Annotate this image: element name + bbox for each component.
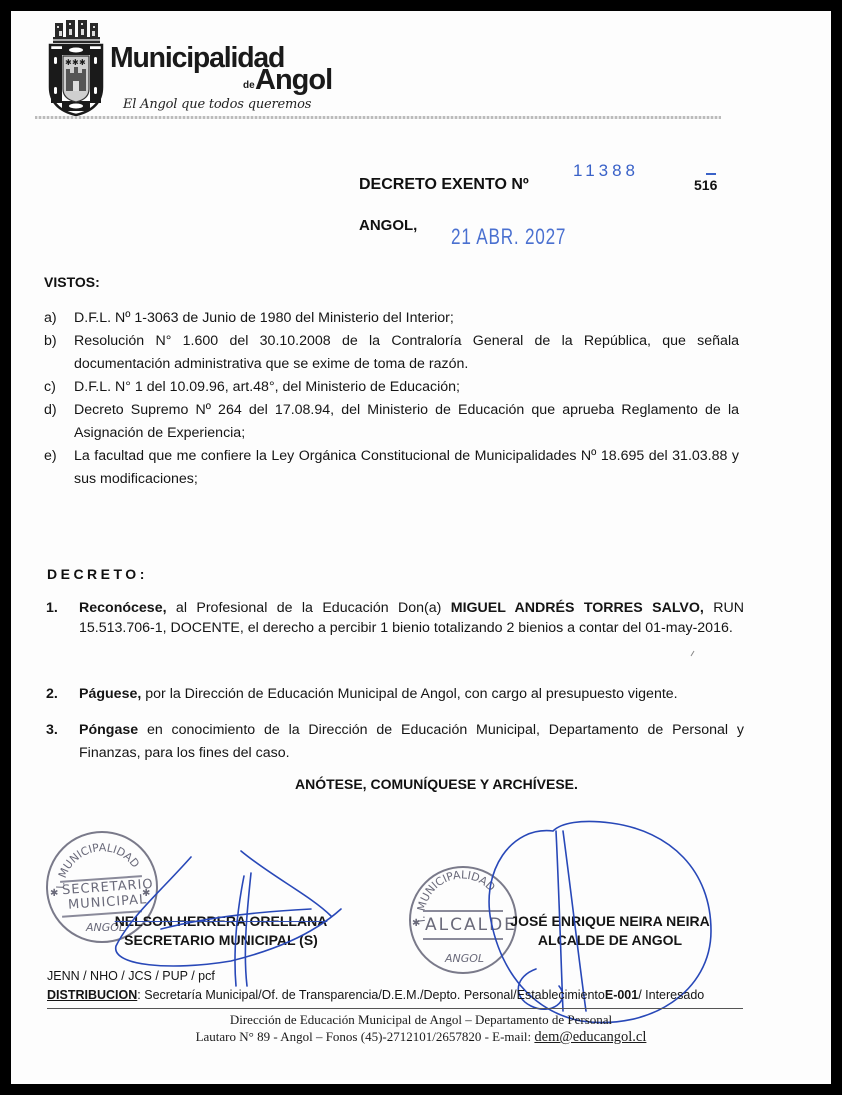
establishment-code: E-001 [605, 988, 638, 1002]
footer-address: Lautaro N° 89 - Angol – Fonos (45)-27121… [196, 1029, 535, 1044]
item-text: D.F.L. N° 1 del 10.09.96, art.48°, del M… [74, 379, 460, 395]
seal-middle-text: ALCALDE [425, 915, 517, 935]
mayor-seal: I. MUNICIPALIDAD ALCALDE ✱ ANGOL [409, 866, 517, 974]
decreto-item-2: 2. Páguese, por la Dirección de Educació… [79, 683, 769, 706]
initials-line: JENN / NHO / JCS / PUP / pcf [47, 969, 215, 983]
item-text: por la Dirección de Educación Municipal … [141, 686, 677, 702]
footer-department: Dirección de Educación Municipal de Ango… [11, 1012, 831, 1028]
seal-star-icon: ✱ [50, 888, 58, 899]
item-label: e) [44, 445, 57, 468]
vistos-heading: VISTOS: [44, 274, 100, 290]
handwritten-number: 516 [694, 177, 717, 193]
item-label: c) [44, 376, 56, 399]
distribution-line: DISTRIBUCION: Secretaría Municipal/Of. d… [47, 988, 704, 1002]
decreto-item-3: 3. Póngase en conocimiento de la Direcci… [79, 719, 744, 764]
decree-title-label: DECRETO EXENTO Nº [359, 176, 529, 194]
svg-text:✱: ✱ [79, 58, 86, 67]
item-text: Decreto Supremo Nº 264 del 17.08.94, del… [74, 402, 739, 441]
footer-contact: Lautaro N° 89 - Angol – Fonos (45)-27121… [11, 1029, 831, 1046]
brand-de: de [243, 80, 255, 91]
vistos-item-c: c) D.F.L. N° 1 del 10.09.96, art.48°, de… [74, 376, 739, 399]
closing-formula: ANÓTESE, COMUNÍQUESE Y ARCHÍVESE. [295, 776, 578, 792]
vistos-item-b: b) Resolución N° 1.600 del 30.10.2008 de… [74, 330, 739, 375]
distribution-label: DISTRIBUCION [47, 988, 137, 1002]
item-text: D.F.L. Nº 1-3063 de Junio de 1980 del Mi… [74, 310, 454, 326]
vistos-item-d: d) Decreto Supremo Nº 264 del 17.08.94, … [74, 399, 739, 444]
item-text: al Profesional de la Educación Don(a) [167, 600, 451, 616]
item-lead: Póngase [79, 722, 138, 738]
item-label: a) [44, 307, 57, 330]
item-text: La facultad que me confiere la Ley Orgán… [74, 448, 739, 487]
mayor-title: ALCALDE DE ANGOL [505, 932, 715, 948]
seal-star-icon: ✱ [412, 918, 420, 929]
seal-star-icon: ✱ [142, 888, 150, 899]
secretary-name: NELSON HERRERA ORELLANA [111, 913, 331, 929]
item-lead: Páguese, [79, 686, 141, 702]
item-lead: Reconócese, [79, 600, 167, 616]
brand-slogan: El Angol que todos queremos [123, 97, 311, 112]
footer-divider [47, 1008, 743, 1009]
decreto-item-1: 1. Reconócese, al Profesional de la Educ… [79, 598, 744, 638]
seal-bottom-text: ANGOL [445, 952, 484, 965]
item-text: en conocimiento de la Dirección de Educa… [79, 722, 744, 761]
decreto-heading: DECRETO: [47, 566, 148, 582]
municipal-coat-of-arms-icon: ✱✱✱ [47, 17, 105, 117]
item-label: 3. [46, 719, 58, 742]
stamped-decree-number: 11388 [573, 161, 639, 181]
stamped-date: 21 ABR. 2027 [451, 224, 566, 250]
email-link[interactable]: dem@educangol.cl [534, 1029, 646, 1045]
item-label: b) [44, 330, 57, 353]
secretary-title: SECRETARIO MUNICIPAL (S) [111, 932, 331, 948]
vistos-item-a: a) D.F.L. Nº 1-3063 de Junio de 1980 del… [74, 307, 739, 330]
distribution-text: / Interesado [638, 988, 704, 1002]
vistos-item-e: e) La facultad que me confiere la Ley Or… [74, 445, 739, 490]
mayor-name: JOSÉ ENRIQUE NEIRA NEIRA [505, 913, 715, 929]
header-divider [35, 116, 721, 119]
item-text: Resolución N° 1.600 del 30.10.2008 de la… [74, 333, 739, 372]
svg-text:✱: ✱ [65, 58, 72, 67]
item-label: 2. [46, 683, 58, 706]
item-label: 1. [46, 598, 58, 618]
document-page: ✱✱✱ Municipalidad de Angol El Angol que … [11, 11, 831, 1084]
svg-text:✱: ✱ [72, 58, 79, 67]
place-label: ANGOL, [359, 217, 417, 234]
item-label: d) [44, 399, 57, 422]
distribution-text: : Secretaría Municipal/Of. de Transparen… [137, 988, 605, 1002]
beneficiary-name: MIGUEL ANDRÉS TORRES SALVO, [451, 600, 704, 616]
brand-city: Angol [255, 66, 332, 95]
